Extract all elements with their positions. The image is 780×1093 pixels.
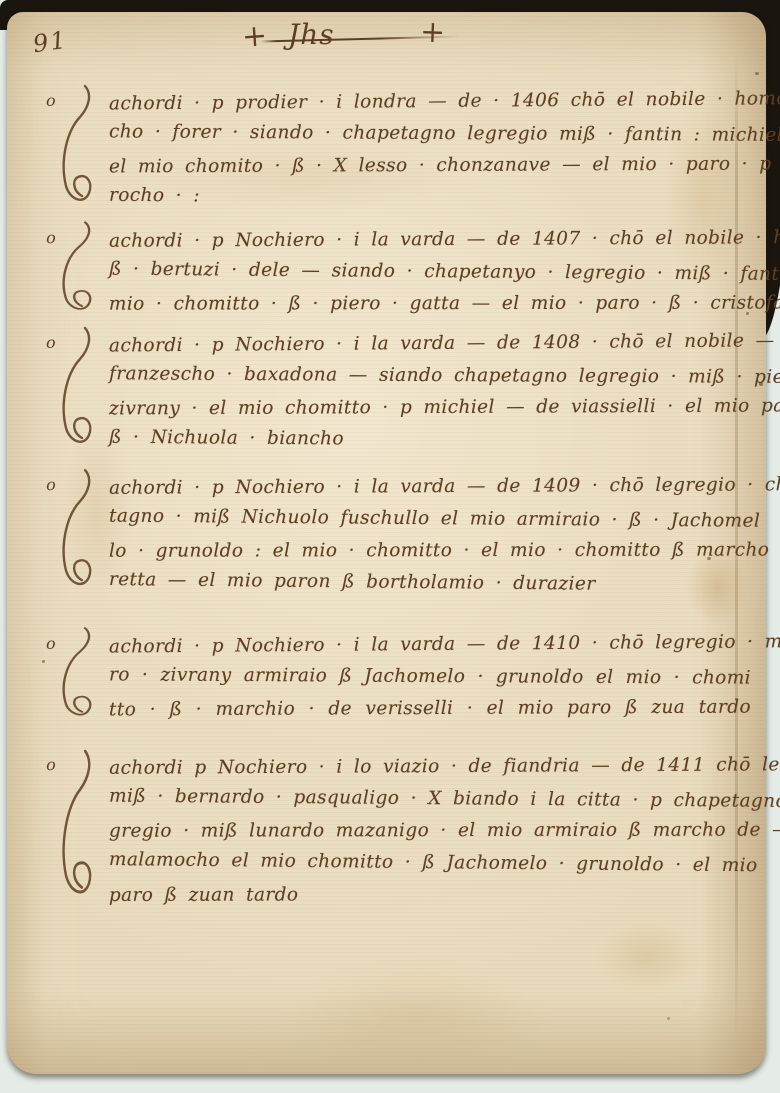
manuscript-line: achordi · p Nochiero · i la varda — de 1… xyxy=(109,626,751,663)
register-entry-1406: o achordi · p prodier · i londra — de · … xyxy=(7,86,766,214)
register-entries: o achordi · p prodier · i londra — de · … xyxy=(7,86,766,911)
register-entry-1411: o achordi p Nochiero · i lo viazio · de … xyxy=(7,750,766,912)
entry-lines: achordi · p Nochiero · i la varda — de 1… xyxy=(109,470,751,600)
entry-marker: o xyxy=(46,228,56,247)
manuscript-line: tto · ß · marchio · de verisselli · el m… xyxy=(109,692,751,727)
manuscript-line: achordi · p Nochiero · i la varda — de 1… xyxy=(109,325,751,362)
entry-marker: o xyxy=(46,755,56,774)
manuscript-line: gregio · miß lunardo mazanigo · el mio a… xyxy=(109,815,751,848)
entry-marker: o xyxy=(46,475,56,494)
flourish-initial-icon xyxy=(57,219,99,318)
manuscript-scan: 91 + Jhs + o achordi · p prodier · i lon… xyxy=(0,0,780,1093)
manuscript-line: rocho · : xyxy=(109,180,751,216)
register-entry-1407: o achordi · p Nochiero · i la varda — de… xyxy=(7,223,766,321)
invocation-header: + Jhs + xyxy=(242,16,472,60)
entry-marker: o xyxy=(46,634,56,653)
flourish-initial-icon xyxy=(57,82,99,212)
entry-marker: o xyxy=(46,91,56,110)
manuscript-line: tagno · miß Nichuolo fuschullo el mio ar… xyxy=(109,501,751,538)
manuscript-page: 91 + Jhs + o achordi · p prodier · i lon… xyxy=(7,12,766,1074)
entry-lines: achordi · p Nochiero · i la varda — de 1… xyxy=(109,223,751,321)
parchment-stain xyxy=(237,942,597,1092)
manuscript-line: achordi · p Nochiero · i la varda — de 1… xyxy=(109,469,751,504)
manuscript-line: achordi · p Nochiero · i la varda — de 1… xyxy=(109,222,751,257)
manuscript-line: cho · forer · siando · chapetagno legreg… xyxy=(109,116,751,151)
flourish-initial-icon xyxy=(57,625,99,724)
manuscript-line: miß · bernardo · pasqualigo · X biando i… xyxy=(109,781,751,818)
entry-lines: achordi p Nochiero · i lo viazio · de fi… xyxy=(109,750,751,912)
folio-number: 91 xyxy=(31,26,69,59)
manuscript-line: ß · bertuzi · dele — siando · chapetanyo… xyxy=(109,254,751,291)
cross-icon: + xyxy=(419,18,445,49)
flourish-initial-icon xyxy=(57,466,99,596)
flourish-initial-icon xyxy=(57,324,99,454)
register-entry-1409: o achordi · p Nochiero · i la varda — de… xyxy=(7,470,766,600)
manuscript-line: ro · zivrany armiraio ß Jachomelo · grun… xyxy=(109,659,751,694)
register-entry-1410: o achordi · p Nochiero · i la varda — de… xyxy=(7,629,766,725)
manuscript-line: mio · chomitto · ß · piero · gatta — el … xyxy=(109,288,751,321)
manuscript-line: franzescho · baxadona — siando chapetagn… xyxy=(109,358,751,393)
manuscript-line: lo · grunoldo : el mio · chomitto · el m… xyxy=(109,535,751,568)
manuscript-line: paro ß zuan tardo xyxy=(109,878,751,912)
manuscript-line: ß · Nichuola · biancho xyxy=(109,422,751,458)
flourish-initial-icon xyxy=(57,746,99,907)
jhs-monogram: Jhs xyxy=(288,18,335,51)
ink-speck xyxy=(667,1017,670,1020)
manuscript-line: el mio chomito · ß · X lesso · chonzanav… xyxy=(109,149,751,184)
manuscript-line: malamocho el mio chomitto · ß Jachomelo … xyxy=(109,844,751,882)
register-entry-1408: o achordi · p Nochiero · i la varda — de… xyxy=(7,328,766,456)
entry-marker: o xyxy=(46,333,56,352)
entry-lines: achordi · p prodier · i londra — de · 14… xyxy=(109,86,751,214)
entry-lines: achordi · p Nochiero · i la varda — de 1… xyxy=(109,328,751,456)
manuscript-line: achordi · p prodier · i londra — de · 14… xyxy=(109,83,751,120)
manuscript-line: zivrany · el mio chomitto · p michiel — … xyxy=(109,391,751,426)
manuscript-line: achordi p Nochiero · i lo viazio · de fi… xyxy=(109,749,751,784)
manuscript-line: retta — el mio paron ß bortholamio · dur… xyxy=(109,564,751,602)
ink-speck xyxy=(755,72,759,75)
entry-lines: achordi · p Nochiero · i la varda — de 1… xyxy=(109,629,751,725)
cross-icon: + xyxy=(241,21,268,53)
parchment-stain xyxy=(567,902,727,1012)
